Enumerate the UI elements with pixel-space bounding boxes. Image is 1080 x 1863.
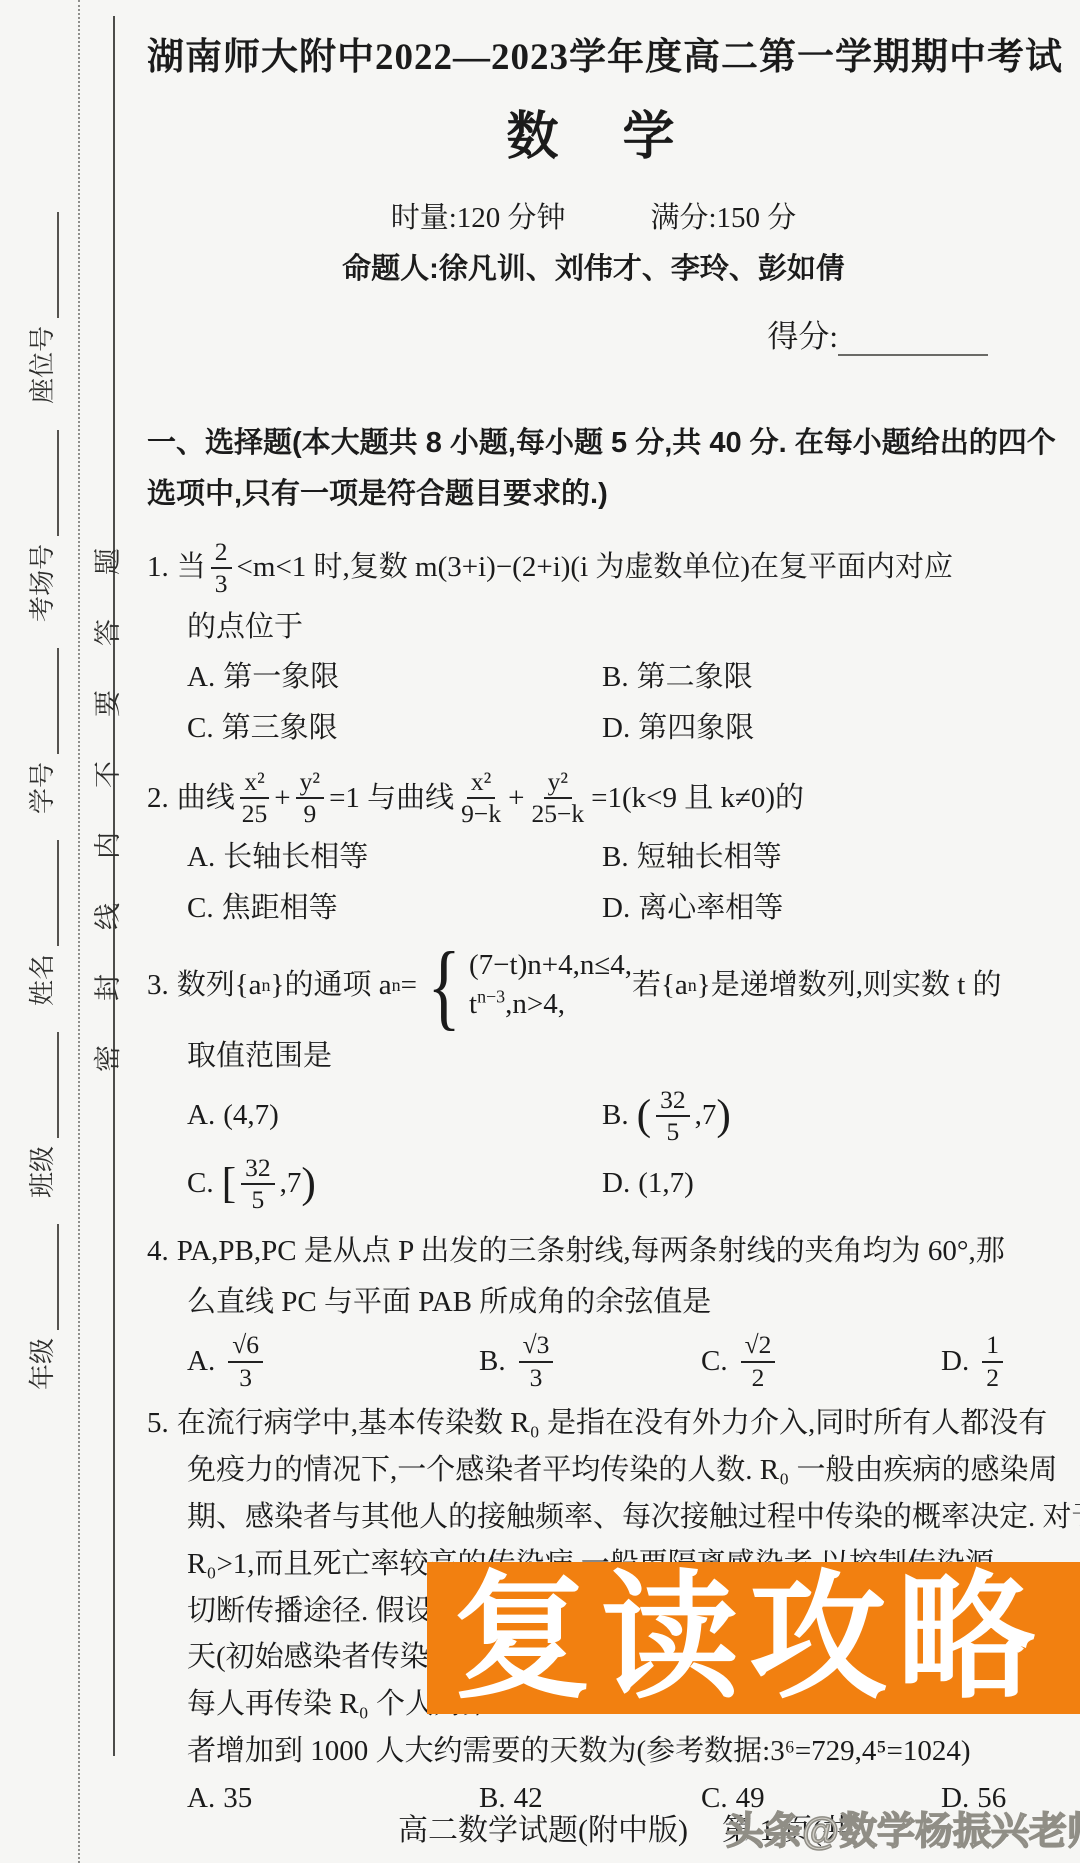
q1-stem-line2: 的点位于: [187, 602, 1040, 653]
q1-option-c: C.第三象限: [187, 703, 602, 754]
q3-options: A.(4,7) B.(325,7) C.[325,7) D.(1,7): [187, 1082, 1040, 1218]
q1-option-d: D.第四象限: [602, 703, 1040, 754]
q4-option-b: B.√33: [479, 1327, 701, 1395]
fraction: x²9−k: [459, 767, 503, 829]
cases-brace: {: [427, 940, 460, 1031]
section-1-heading: 一、选择题(本大题共 8 小题,每小题 5 分,共 40 分. 在每小题给出的四…: [147, 418, 1040, 520]
fraction: 23: [211, 537, 232, 599]
subject-title: 数 学: [147, 94, 1040, 169]
setters-line: 命题人:徐凡训、刘伟才、李玲、彭如倩: [147, 246, 1040, 287]
student-info-margin: 年级 班级 姓名 学号 考场号 座位号: [18, 22, 62, 1432]
q1-stem-line1: 1. 当 23 <m<1 时,复数 m(3+i)−(2+i)(i 为虚数单位)在…: [147, 534, 1040, 602]
q4-option-c: C.√22: [701, 1327, 941, 1395]
score-blank: [838, 332, 988, 356]
piecewise-cases: (7−t)n+4,n≤4, tn−3,n>4,: [469, 949, 632, 1021]
name-blank: [41, 840, 59, 946]
room-blank: [41, 430, 59, 536]
promo-banner-text: 复读攻略: [453, 1569, 1045, 1707]
field-grade: 年级: [22, 1224, 59, 1390]
watermark-text: 头条@数学杨振兴老师: [726, 1800, 1080, 1855]
question-2: 2. 曲线 x²25 + y²9 =1 与曲线 x²9−k + y²25−k =…: [147, 764, 1040, 934]
field-name: 姓名: [22, 840, 59, 1006]
q5-number: 5.: [147, 1407, 169, 1439]
q4-stem-line2: 么直线 PC 与平面 PAB 所成角的余弦值是: [187, 1277, 1040, 1328]
duration-label: 时量:120 分钟: [391, 195, 566, 236]
seal-dotted-line: [78, 0, 80, 1863]
score-line: 得分:: [147, 311, 1040, 356]
q1-number: 1.: [147, 542, 169, 593]
full-score-label: 满分:150 分: [651, 195, 797, 236]
score-label: 得分:: [767, 319, 838, 354]
grade-blank: [41, 1224, 59, 1330]
question-4: 4.PA,PB,PC 是从点 P 出发的三条射线,每两条射线的夹角均为 60°,…: [147, 1226, 1040, 1396]
question-1: 1. 当 23 <m<1 时,复数 m(3+i)−(2+i)(i 为虚数单位)在…: [147, 534, 1040, 754]
fraction: x²25: [240, 767, 270, 829]
q4-options: A.√63 B.√33 C.√22 D.12: [187, 1327, 1040, 1395]
q3-option-d: D.(1,7): [602, 1150, 1040, 1218]
field-seat: 座位号: [22, 212, 59, 404]
class-blank: [41, 1032, 59, 1138]
q3-option-c: C.[325,7): [187, 1150, 602, 1218]
q2-number: 2.: [147, 773, 169, 824]
q2-option-a: A.长轴长相等: [187, 832, 602, 883]
fraction: √63: [228, 1330, 263, 1392]
q2-option-b: B.短轴长相等: [602, 832, 1040, 883]
q2-option-c: C.焦距相等: [187, 883, 602, 934]
q5-stem-line2: 免疫力的情况下,一个感染者平均传染的人数. R₀ 一般由疾病的感染周: [187, 1447, 1040, 1494]
q3-option-b: B.(325,7): [602, 1082, 1040, 1150]
exam-title: 湖南师大附中2022—2023学年度高二第一学期期中考试: [147, 26, 1040, 80]
q4-number: 4.: [147, 1235, 169, 1267]
seat-blank: [41, 212, 59, 318]
field-room: 考场号: [22, 430, 59, 622]
footer-doc-label: 高二数学试题(附中版): [398, 1805, 688, 1849]
q2-stem: 2. 曲线 x²25 + y²9 =1 与曲线 x²9−k + y²25−k =…: [147, 764, 1040, 832]
fraction: √33: [519, 1330, 554, 1392]
field-student-id: 学号: [22, 648, 59, 814]
field-class: 班级: [22, 1032, 59, 1198]
q5-stem-line3: 期、感染者与其他人的接触频率、每次接触过程中传染的概率决定. 对于: [187, 1494, 1040, 1541]
fraction: y²9: [296, 767, 324, 829]
q3-stem-line2: 取值范围是: [187, 1031, 1040, 1082]
question-3: 3. 数列{an}的通项 an= { (7−t)n+4,n≤4, tn−3,n>…: [147, 940, 1040, 1218]
q5-stem-line1: 5.在流行病学中,基本传染数 R₀ 是指在没有外力介入,同时所有人都没有: [147, 1400, 1040, 1447]
exam-info-line: 时量:120 分钟 满分:150 分: [147, 195, 1040, 236]
q4-option-d: D.12: [941, 1327, 1040, 1395]
fraction: √22: [741, 1330, 776, 1392]
q3-number: 3.: [147, 960, 169, 1011]
q1-option-b: B.第二象限: [602, 652, 1040, 703]
promo-banner-overlay: 复读攻略: [427, 1562, 1080, 1714]
section-heading-line2: 选项中,只有一项是符合题目要求的.): [147, 469, 1040, 520]
student-id-blank: [41, 648, 59, 754]
q2-option-d: D.离心率相等: [602, 883, 1040, 934]
q1-options: A.第一象限 B.第二象限 C.第三象限 D.第四象限: [187, 652, 1040, 754]
q5-stem-line8: 者增加到 1000 人大约需要的天数为(参考数据:3⁶=729,4⁵=1024): [187, 1728, 1040, 1775]
fraction: 12: [982, 1330, 1003, 1392]
fraction: y²25−k: [529, 767, 586, 829]
q4-stem-line1: 4.PA,PB,PC 是从点 P 出发的三条射线,每两条射线的夹角均为 60°,…: [147, 1226, 1040, 1277]
fraction: 325: [241, 1153, 275, 1215]
q1-option-a: A.第一象限: [187, 652, 602, 703]
q3-stem: 3. 数列{an}的通项 an= { (7−t)n+4,n≤4, tn−3,n>…: [147, 940, 1040, 1031]
section-heading-line1: 一、选择题(本大题共 8 小题,每小题 5 分,共 40 分. 在每小题给出的四…: [147, 418, 1040, 469]
q2-options: A.长轴长相等 B.短轴长相等 C.焦距相等 D.离心率相等: [187, 832, 1040, 934]
exam-page: 湖南师大附中2022—2023学年度高二第一学期期中考试 数 学 时量:120 …: [115, 0, 1080, 1822]
fraction: 325: [656, 1085, 690, 1147]
q4-option-a: A.√63: [187, 1327, 479, 1395]
q3-option-a: A.(4,7): [187, 1082, 602, 1150]
